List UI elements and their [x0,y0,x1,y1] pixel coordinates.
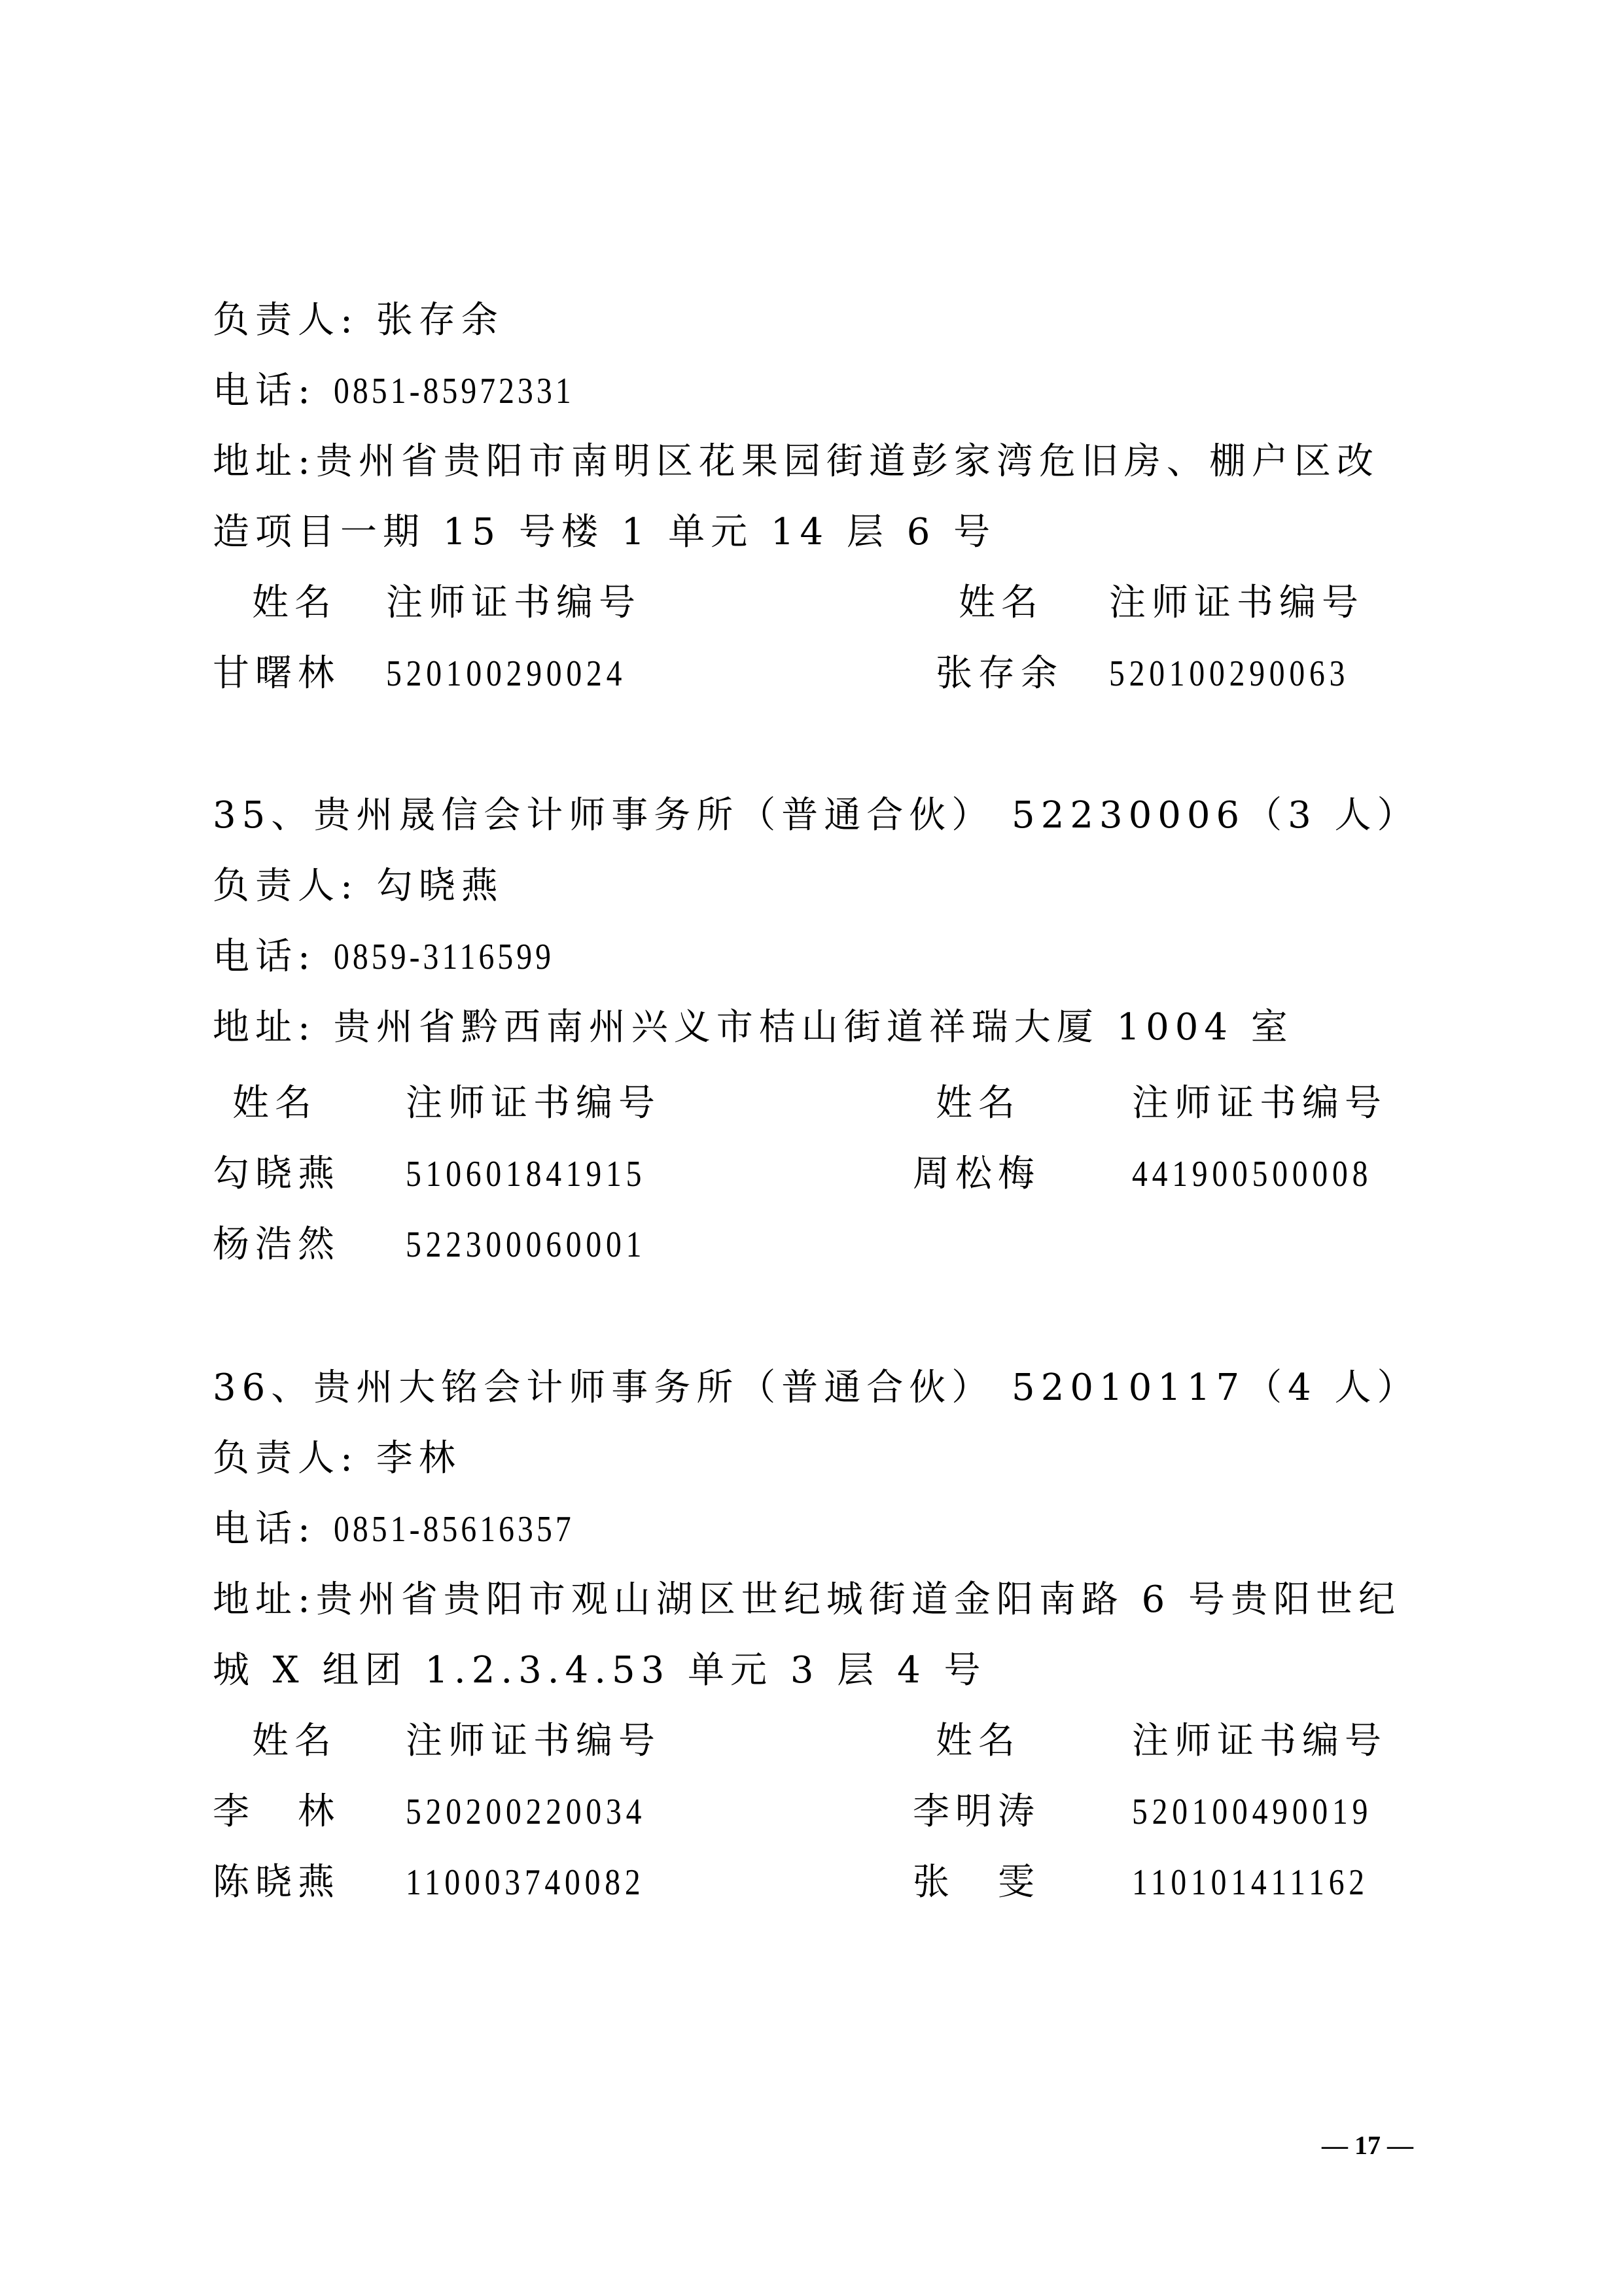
address-label: 地址: [213,440,316,483]
address-label: 地址: [213,1578,316,1621]
address-line-1: 地址: 贵州省黔西南州兴义市桔山街道祥瑞大厦 1004 室 [213,992,1294,1063]
member-name: 张存余 [936,638,1063,709]
member-name: 陈晓燕 [213,1847,340,1918]
table-header-cert: 注师证书编号 [1132,1706,1387,1777]
table-header-name: 姓名 [936,1706,1021,1777]
principal-label: 负责人: [213,865,359,907]
address-text: 贵州省贵阳市南明区花果园街道彭家湾危旧房、棚户区改 [316,440,1379,483]
phone-line: 电话: 0851-85616357 [213,1494,616,1565]
member-cert: 510601841915 [406,1139,646,1209]
principal-line: 负责人: 张存余 [213,285,504,356]
member-name: 李明涛 [913,1777,1040,1847]
address-line-2: 城 X 组团 1.2.3.4.53 单元 3 层 4 号 [213,1635,987,1706]
principal-name: 李林 [376,1437,461,1480]
page-number: — 17 — [1322,2129,1413,2162]
phone-line: 电话: 0851-85972331 [213,356,616,426]
address-line-1: 地址:贵州省贵阳市南明区花果园街道彭家湾危旧房、棚户区改 [213,426,1379,497]
phone-line: 电话: 0859-3116599 [213,922,593,992]
table-header-name: 姓名 [252,1706,337,1777]
member-name: 勾晓燕 [213,1139,340,1209]
address-text: 贵州省黔西南州兴义市桔山街道祥瑞大厦 1004 室 [334,1006,1294,1049]
member-name: 周松梅 [913,1139,1040,1209]
member-cert: 522300060001 [406,1209,646,1280]
firm-title: 36、贵州大铭会计师事务所（普通合伙） 52010117（4 人） [213,1353,1420,1423]
member-cert: 520100290063 [1109,638,1349,709]
table-header-cert: 注师证书编号 [386,568,641,638]
table-header-cert: 注师证书编号 [406,1706,661,1777]
phone-number: 0859-3116599 [334,922,554,992]
address-text: 贵州省贵阳市观山湖区世纪城街道金阳南路 6 号贵阳世纪 [316,1578,1401,1621]
firm-title: 35、贵州晟信会计师事务所（普通合伙） 52230006（3 人） [213,780,1420,851]
table-header-cert: 注师证书编号 [406,1068,661,1139]
table-header-cert: 注师证书编号 [1109,568,1364,638]
phone-label: 电话: [213,1508,316,1550]
table-header-cert: 注师证书编号 [1132,1068,1387,1139]
principal-name: 张存余 [376,299,504,341]
member-name: 杨浩然 [213,1209,340,1280]
member-cert: 520100290024 [386,638,626,709]
member-cert: 110003740082 [406,1847,644,1918]
phone-label: 电话: [213,935,316,978]
member-cert: 441900500008 [1132,1139,1372,1209]
address-line-1: 地址:贵州省贵阳市观山湖区世纪城街道金阳南路 6 号贵阳世纪 [213,1565,1401,1635]
table-header-name: 姓名 [936,1068,1021,1139]
principal-label: 负责人: [213,299,359,341]
address-line-2: 造项目一期 15 号楼 1 单元 14 层 6 号 [213,497,996,568]
principal-name: 勾晓燕 [376,865,504,907]
member-cert: 110101411162 [1132,1847,1369,1918]
address-label: 地址: [213,1006,316,1049]
principal-line: 负责人: 李林 [213,1423,461,1494]
member-name: 甘曙林 [213,638,340,709]
phone-number: 0851-85616357 [334,1494,574,1565]
table-header-name: 姓名 [252,568,337,638]
member-cert: 520100490019 [1132,1777,1372,1847]
member-name: 李 林 [213,1777,340,1847]
member-cert: 520200220034 [406,1777,646,1847]
principal-label: 负责人: [213,1437,359,1480]
table-header-name: 姓名 [232,1068,317,1139]
phone-number: 0851-85972331 [334,356,574,426]
phone-label: 电话: [213,370,316,412]
member-name: 张 雯 [913,1847,1040,1918]
table-header-name: 姓名 [959,568,1044,638]
principal-line: 负责人: 勾晓燕 [213,851,504,922]
